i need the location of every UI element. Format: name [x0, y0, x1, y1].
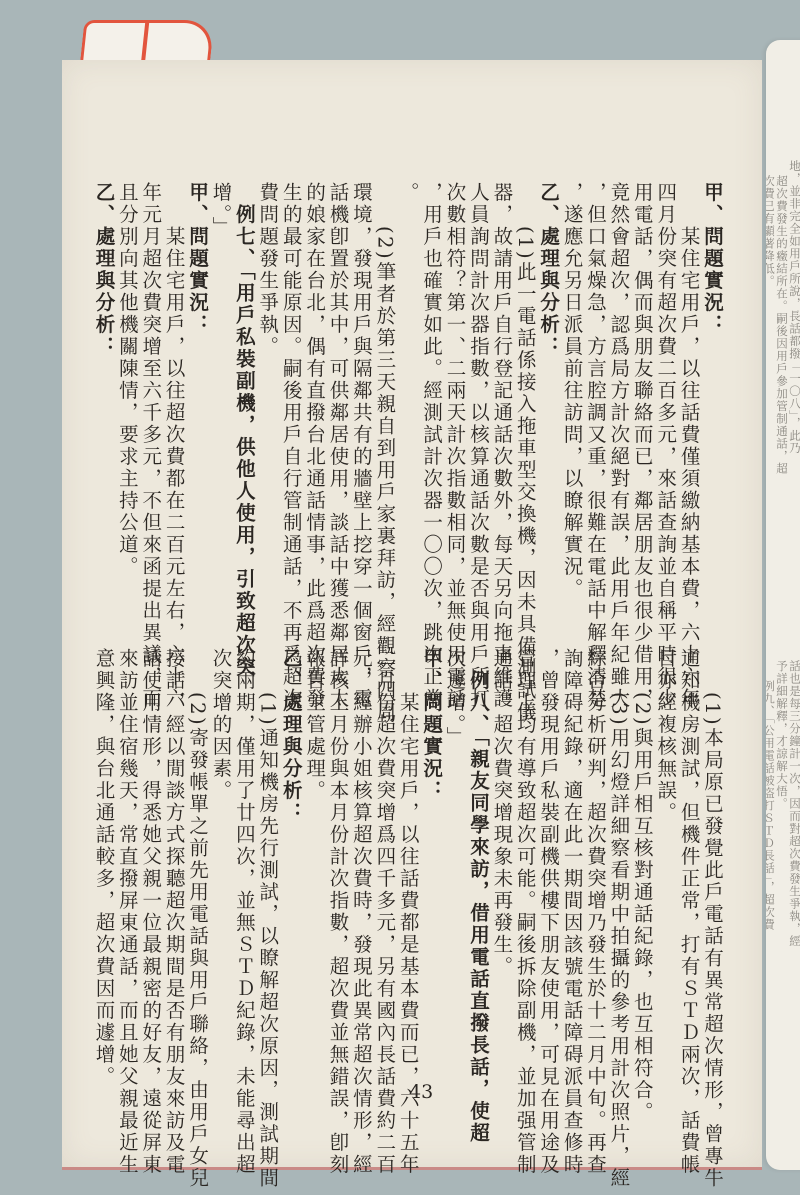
top-half-text: 甲、問題實況： 某住宅用戶，以往話費僅須繳納基本費，六十六年 四月份突有超次費二…: [92, 182, 724, 642]
paragraph-line: 話機卽置於其中，可供鄰居使用，談話中獲悉鄰居太太: [326, 182, 349, 642]
paragraph-line: 綜合分析研判，超次費突增乃發生於十二月中旬。再查: [584, 648, 607, 1118]
adjacent-page-edge: 地，並非完全如用戶所說，長話都撥「一〇八」，此乃 超次費發生的癥結所在。嗣後因用…: [766, 40, 800, 1170]
paragraph-line: (2)與用戶相互核對通話紀錄，也互相符合。: [630, 648, 653, 1118]
paragraph-line: 次遽增。」: [443, 648, 466, 1118]
paragraph-line: 費問題發生爭執。: [256, 182, 279, 642]
paragraph-line: 詳核上月份與本月份計次指數，超次費並無錯誤，卽刻: [326, 648, 349, 1118]
page-number: 43: [409, 1081, 433, 1103]
paragraph-line: 某住宅用戶，以往話費僅須繳納基本費，六十六年: [677, 182, 700, 642]
heading-analysis: 乙、處理與分析：: [537, 182, 560, 642]
next-page-line: 予詳細解釋，才諒解大悟。: [775, 660, 788, 810]
paragraph-line: 目亦經複核無誤。: [654, 648, 677, 1118]
paragraph-line: 增。」: [209, 182, 232, 642]
paragraph-line: (3)用幻燈詳細察看期中拍攝的參考用計次照片，經: [607, 648, 630, 1118]
paragraph-line: 二月份超次費突增爲四千多元，另有國內長話費約二百: [373, 648, 396, 1118]
paragraph-line: (2)寄發帳單之前先用電話與用戶聯絡，由用戶女兒: [186, 648, 209, 1118]
next-page-line: 超次費發生的癥結所在。嗣後因用戶參加管制通話，超: [775, 175, 788, 475]
paragraph-line: 器，故請用戶自行登記通話次數外，每天另向拖車維護: [490, 182, 513, 642]
paragraph-line: 通話，超次費突增現象未再發生。: [490, 648, 513, 1118]
paragraph-line: 四月份突有超次費二百多元，來話查詢並自稱平時很少: [654, 182, 677, 642]
paragraph-line: 環境，發現用戶與隔鄰共有的牆壁上挖穿一個窗戶，電: [350, 182, 373, 642]
heading-problem: 甲、問題實況：: [186, 182, 209, 642]
paragraph-line: (1)通知機房先行測試，以瞭解超次原因，測試期間: [256, 648, 279, 1118]
paragraph-line: 意興隆，與台北通話較多，超次費因而遽增。: [92, 648, 115, 1118]
paragraph-line: 某住宅用戶，以往話費都是基本費而已，六十五年: [396, 648, 419, 1118]
paragraph-line: 竟然會超次，認爲局方計次絕對有誤，此用戶年紀雖大: [607, 182, 630, 642]
paragraph-line: 年元月超次費突增至六千多元，不但來函提出異議，而: [139, 182, 162, 642]
paragraph-line: 通知機房測試，但機件正常，打有ＳＴＤ兩次，話費帳: [677, 648, 700, 1118]
paragraph-line: 次數相符？第一、二兩天計次指數相同，並無使用電話: [443, 182, 466, 642]
paragraph-line: 次突增的因素。: [209, 648, 232, 1118]
paragraph-line: 某住宅用戶，以往超次費都在二百元左右，六十六: [162, 182, 185, 642]
paragraph-line: 管理上均有導致超次可能。嗣後拆除副機，並加强管制: [513, 648, 536, 1118]
example-8-title: 例八、「親友同學來訪，借用電話直撥長話，使超: [467, 648, 490, 1118]
heading-problem: 甲、問題實況：: [701, 182, 724, 642]
paragraph-line: 詢障碍紀錄，適在此一期間因該號電話障碍派員查修時: [560, 648, 583, 1118]
example-7-title: 例七、「用戶私裝副機，供他人使用，引致超次突: [232, 182, 255, 642]
paragraph-line: (1)本局原已發覺此戶電話有異常超次情形，曾專牛: [701, 648, 724, 1118]
paragraph-line: 用電話，偶而與朋友聯絡而已，鄰居朋友也很少借用，: [630, 182, 653, 642]
book-page: 甲、問題實況： 某住宅用戶，以往話費僅須繳納基本費，六十六年 四月份突有超次費二…: [62, 60, 762, 1170]
paragraph-line: 的娘家在台北，偶有直撥台北通話情事，此爲超次費發: [303, 182, 326, 642]
next-page-line: 例九、「公用電話被盜打ＳＴＤ長話」，超次費: [766, 680, 775, 931]
paragraph-line: (2)筆者於第三天親自到用戶家裏拜訪，經觀察四周: [373, 182, 396, 642]
paragraph-line: 人員詢問計次器指數，以核算通話次數是否與用戶所打: [467, 182, 490, 642]
paragraph-line: 且分別向其他機關陳情，要求主持公道。: [115, 182, 138, 642]
paragraph-line: 元，經辦小姐核算超次費時，發現此異常超次情形，經: [350, 648, 373, 1118]
bottom-half-text: (1)本局原已發覺此戶電話有異常超次情形，曾專牛 通知機房測試，但機件正常，打有…: [92, 648, 724, 1118]
heading-problem: 甲、問題實況：: [420, 648, 443, 1118]
paragraph-line: 話使用情形，得悉她父親一位最親密的好友，遠從屏東: [139, 648, 162, 1118]
paragraph-line: 報告主管處理。: [303, 648, 326, 1118]
heading-analysis: 乙、處理與分析：: [279, 648, 302, 1118]
next-page-line: 次費已有顯著降低。: [766, 175, 775, 288]
paragraph-line: 來訪並住宿幾天，常直撥屏東通話，而且她父親最近生: [115, 648, 138, 1118]
paragraph-line: 生的最可能原因。嗣後用戶自行管制通話，不再爲超次: [279, 182, 302, 642]
paragraph-line: 約兩期，僅用了廿四次，並無ＳＴＤ紀錄，未能尋出超: [232, 648, 255, 1118]
paragraph-line: 。: [396, 182, 419, 642]
paragraph-line: ，用戶也確實如此。經測試計次器一〇〇次，跳次正常: [420, 182, 443, 642]
next-page-line: 地，並非完全如用戶所說，長話都撥「一〇八」，此乃: [788, 160, 800, 454]
paragraph-line: (1)此一電話係接入拖車型交換機，因未具備測試儀: [513, 182, 536, 642]
paragraph-line: 接話，經以閒談方式探聽超次期間是否有朋友來訪及電: [162, 648, 185, 1118]
paragraph-line: ，曾發現用戶私裝副機供樓下朋友使用，可見在用途及: [537, 648, 560, 1118]
paragraph-line: ，但口氣燥急，方言腔調又重，很難在電話中解釋清楚: [584, 182, 607, 642]
next-page-line: 話也是每三分鐘計一次，因而對超次費發生爭執，經: [788, 660, 800, 948]
heading-analysis: 乙、處理與分析：: [92, 182, 115, 642]
paragraph-line: ，遂應允另日派員前往訪問，以瞭解實況。: [560, 182, 583, 642]
